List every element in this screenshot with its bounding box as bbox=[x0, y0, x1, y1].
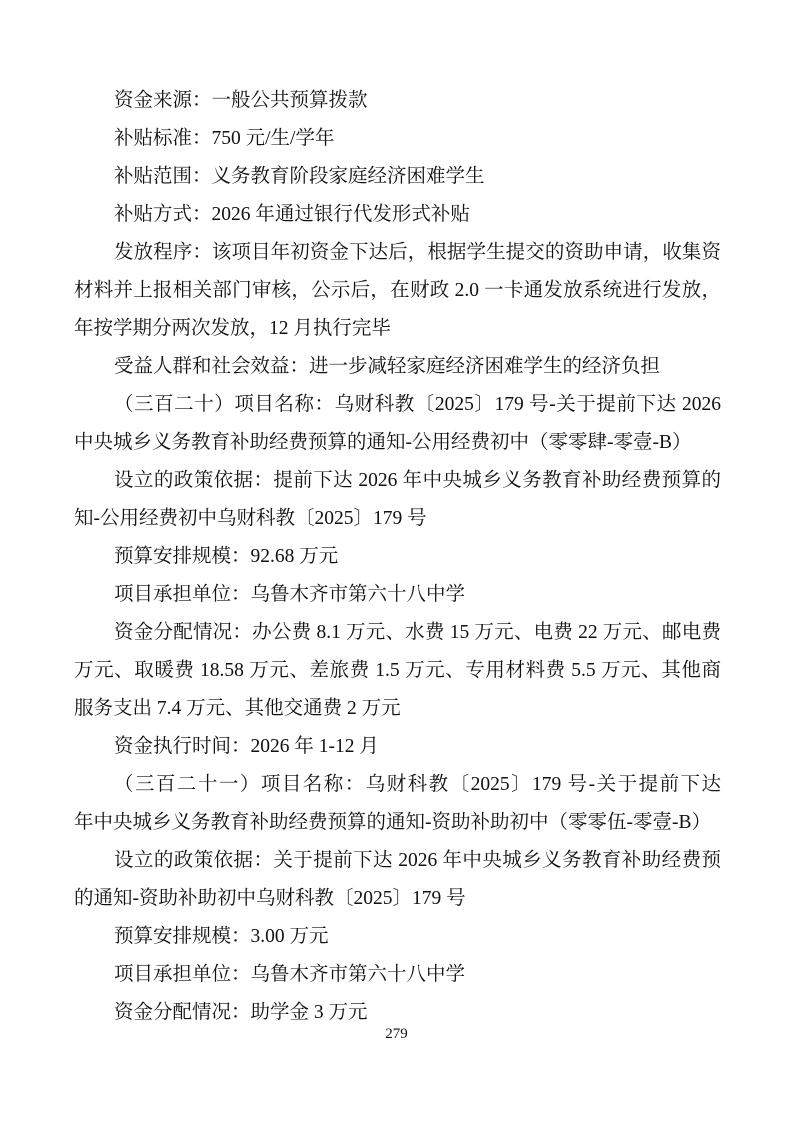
text-line-subsidy-method: 补贴方式：2026 年通过银行代发形式补贴 bbox=[74, 196, 721, 234]
text-line-subsidy-scope: 补贴范围：义务教育阶段家庭经济困难学生 bbox=[74, 158, 721, 196]
text-line-project-320-alloc-1: 资金分配情况：办公费 8.1 万元、水费 15 万元、电费 22 万元、邮电费 … bbox=[74, 614, 721, 652]
text-line-project-321-policy-1: 设立的政策依据：关于提前下达 2026 年中央城乡义务教育补助经费预算 bbox=[74, 842, 721, 880]
text-line-project-321-unit: 项目承担单位：乌鲁木齐市第六十八中学 bbox=[74, 956, 721, 994]
text-line-project-320-exec-time: 资金执行时间：2026 年 1-12 月 bbox=[74, 728, 721, 766]
text-line-funding-source: 资金来源：一般公共预算拨款 bbox=[74, 82, 721, 120]
page-number: 279 bbox=[0, 1020, 793, 1048]
text-line-beneficiaries: 受益人群和社会效益：进一步减轻家庭经济困难学生的经济负担 bbox=[74, 348, 721, 386]
text-line-project-320-alloc-3: 服务支出 7.4 万元、其他交通费 2 万元 bbox=[74, 690, 721, 728]
text-line-project-320-name-2: 中央城乡义务教育补助经费预算的通知-公用经费初中（零零肆-零壹-B） bbox=[74, 424, 721, 462]
text-line-project-320-name-1: （三百二十）项目名称：乌财科教〔2025〕179 号-关于提前下达 2026 年 bbox=[74, 386, 721, 424]
text-line-subsidy-standard: 补贴标准：750 元/生/学年 bbox=[74, 120, 721, 158]
text-line-project-321-budget: 预算安排规模：3.00 万元 bbox=[74, 918, 721, 956]
document-page: 资金来源：一般公共预算拨款 补贴标准：750 元/生/学年 补贴范围：义务教育阶… bbox=[0, 0, 793, 1122]
text-line-project-320-budget: 预算安排规模：92.68 万元 bbox=[74, 538, 721, 576]
text-line-project-321-name-2: 年中央城乡义务教育补助经费预算的通知-资助补助初中（零零伍-零壹-B） bbox=[74, 804, 721, 842]
text-line-disbursement-3: 年按学期分两次发放，12 月执行完毕 bbox=[74, 310, 721, 348]
text-line-project-320-policy-1: 设立的政策依据：提前下达 2026 年中央城乡义务教育补助经费预算的通 bbox=[74, 462, 721, 500]
text-line-disbursement-1: 发放程序：该项目年初资金下达后，根据学生提交的资助申请，收集资助 bbox=[74, 234, 721, 272]
text-line-project-321-policy-2: 的通知-资助补助初中乌财科教〔2025〕179 号 bbox=[74, 880, 721, 918]
text-line-project-320-alloc-2: 万元、取暖费 18.58 万元、差旅费 1.5 万元、专用材料费 5.5 万元、… bbox=[74, 652, 721, 690]
text-line-project-320-unit: 项目承担单位：乌鲁木齐市第六十八中学 bbox=[74, 576, 721, 614]
document-body: 资金来源：一般公共预算拨款 补贴标准：750 元/生/学年 补贴范围：义务教育阶… bbox=[74, 82, 721, 1032]
text-line-project-321-name-1: （三百二十一）项目名称：乌财科教〔2025〕179 号-关于提前下达 2026 bbox=[74, 766, 721, 804]
text-line-project-320-policy-2: 知-公用经费初中乌财科教〔2025〕179 号 bbox=[74, 500, 721, 538]
text-line-disbursement-2: 材料并上报相关部门审核，公示后，在财政 2.0 一卡通发放系统进行发放，每 bbox=[74, 272, 721, 310]
